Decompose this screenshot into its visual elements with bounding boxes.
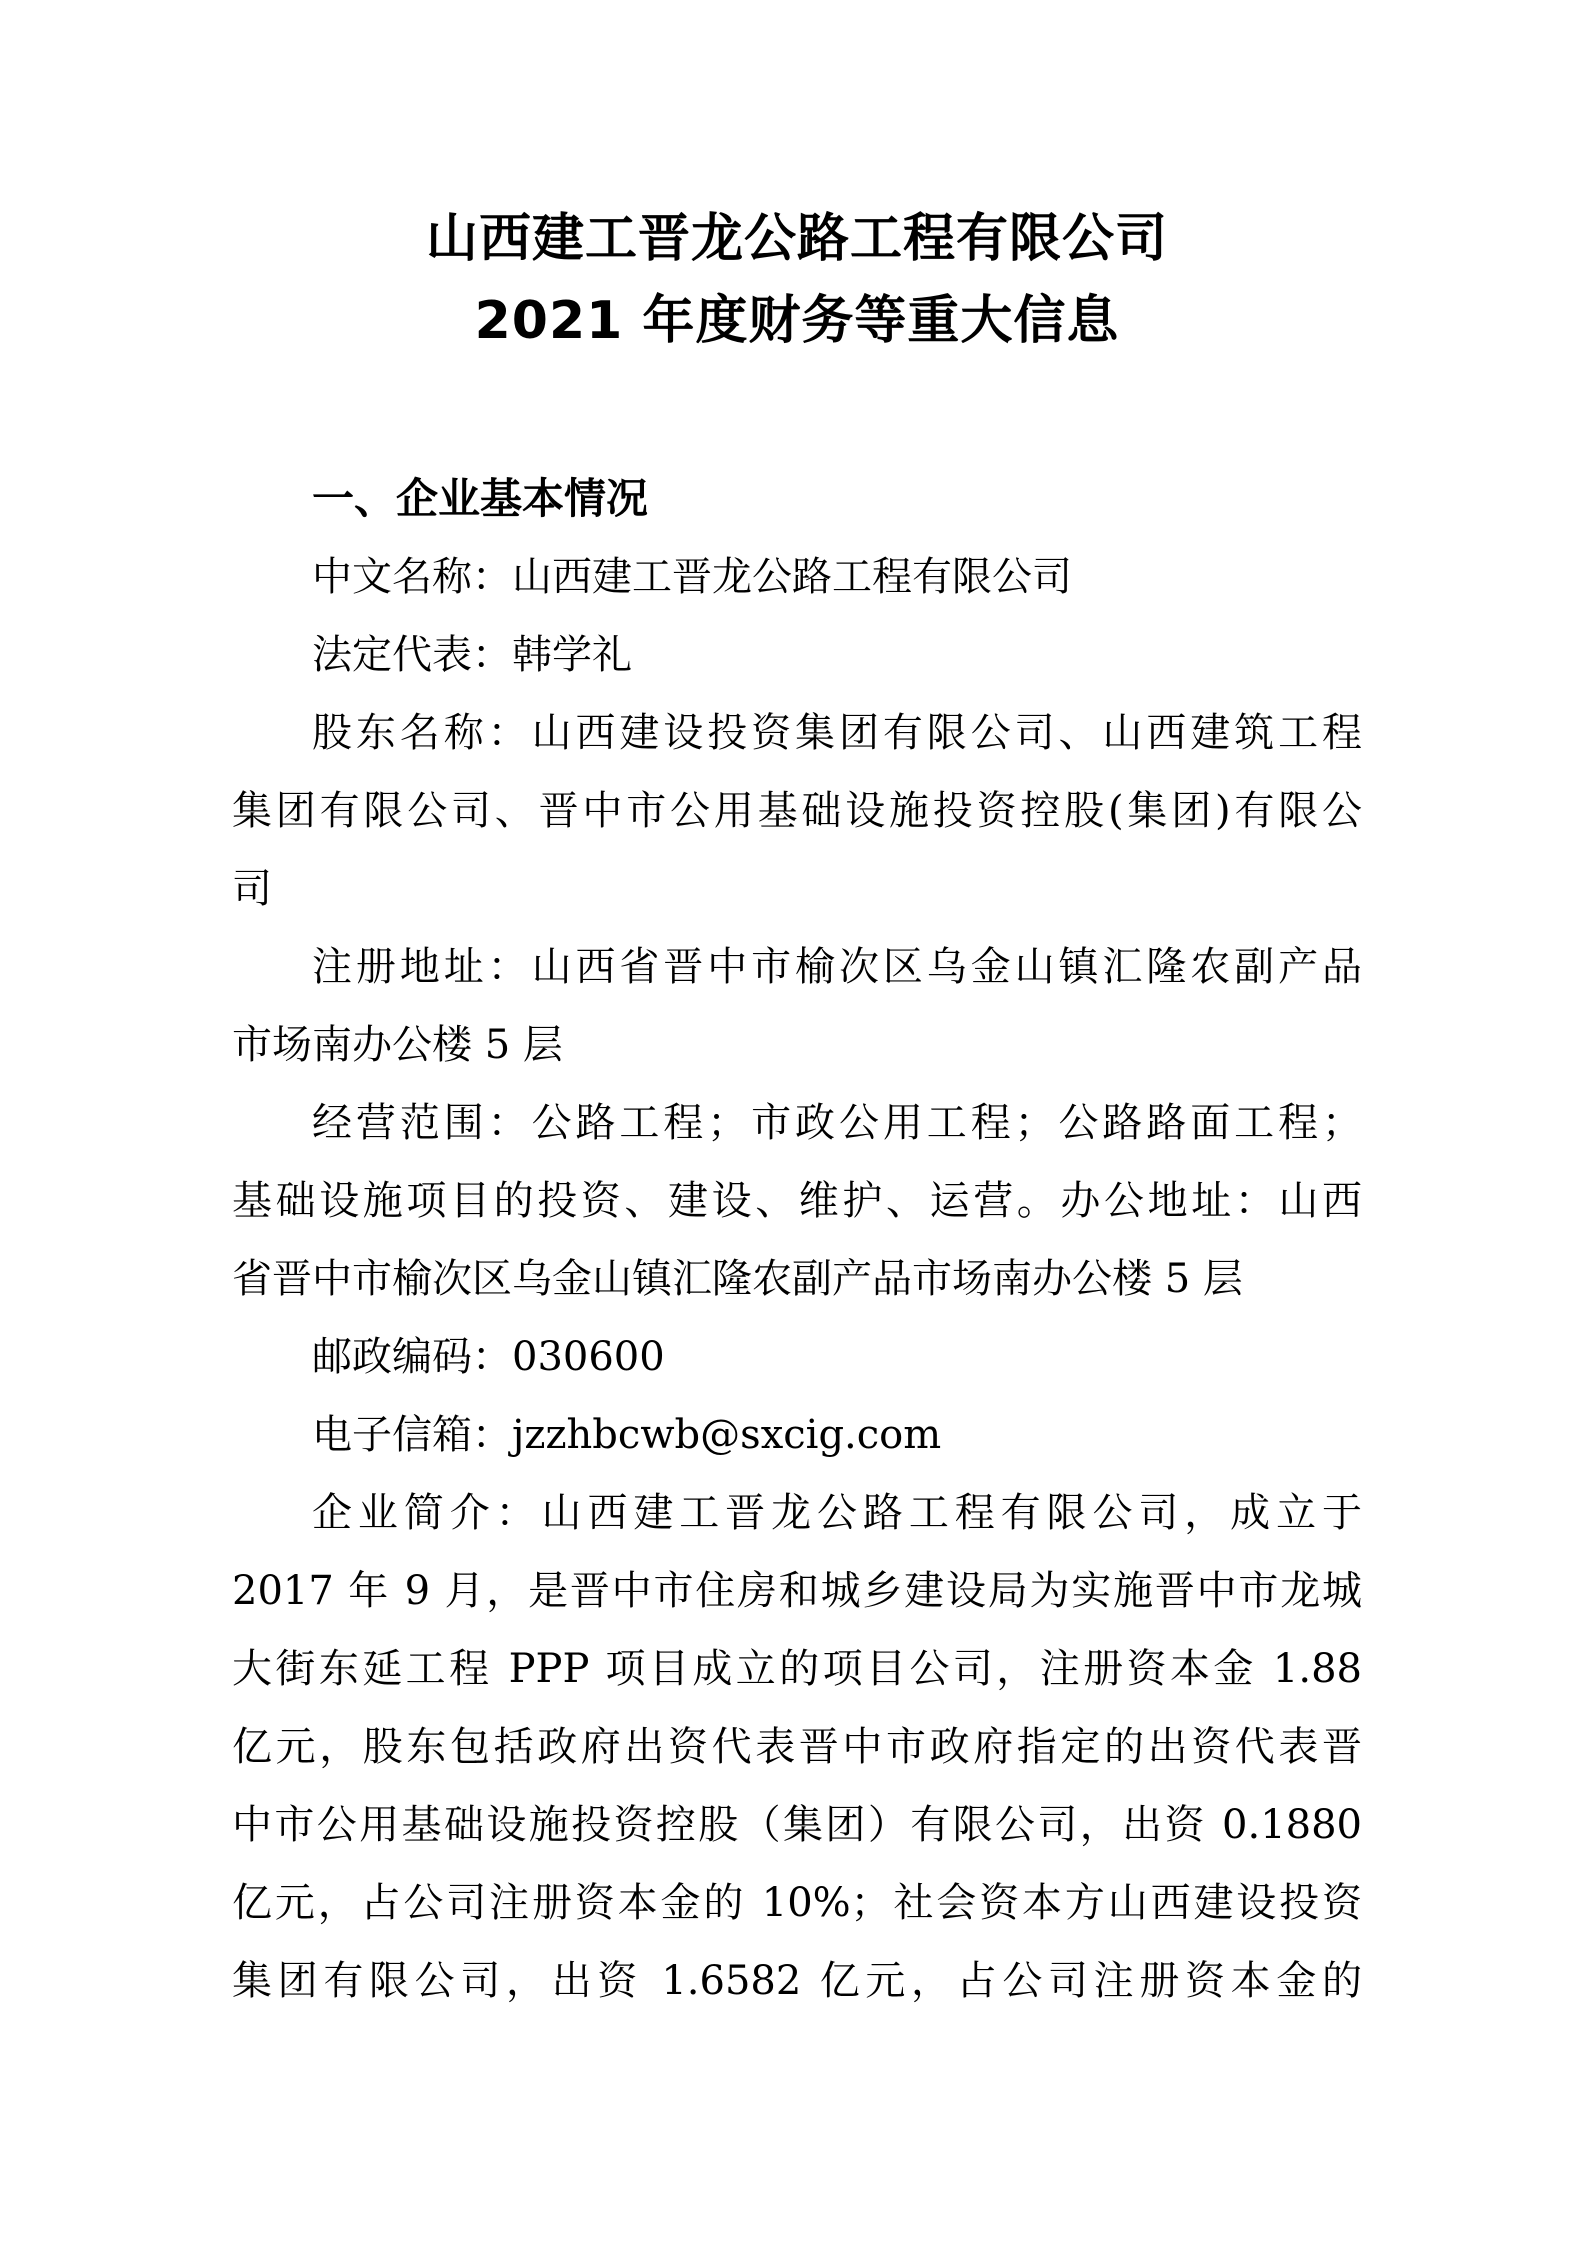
document-body: 中文名称：山西建工晋龙公路工程有限公司法定代表：韩学礼股东名称：山西建设投资集团…: [232, 538, 1362, 2020]
body-line: 司: [232, 850, 1362, 928]
body-line: 基础设施项目的投资、建设、维护、运营。办公地址：山西: [232, 1162, 1362, 1240]
document-title: 山西建工晋龙公路工程有限公司 2021 年度财务等重大信息: [232, 198, 1362, 362]
body-line: 法定代表：韩学礼: [232, 616, 1362, 694]
body-line: 大街东延工程 PPP 项目成立的项目公司，注册资本金 1.88: [232, 1630, 1362, 1708]
body-line: 集团有限公司，出资 1.6582 亿元，占公司注册资本金的: [232, 1942, 1362, 2020]
section-heading: 一、企业基本情况: [232, 460, 1362, 538]
body-line: 市场南办公楼 5 层: [232, 1006, 1362, 1084]
body-line: 电子信箱：jzzhbcwb@sxcig.com: [232, 1396, 1362, 1474]
document-title-line2: 2021 年度财务等重大信息: [232, 280, 1362, 362]
body-line: 企业简介：山西建工晋龙公路工程有限公司，成立于: [232, 1474, 1362, 1552]
body-line: 中市公用基础设施投资控股（集团）有限公司，出资 0.1880: [232, 1786, 1362, 1864]
body-line: 注册地址：山西省晋中市榆次区乌金山镇汇隆农副产品: [232, 928, 1362, 1006]
document-title-line1: 山西建工晋龙公路工程有限公司: [232, 198, 1362, 280]
document-page: 山西建工晋龙公路工程有限公司 2021 年度财务等重大信息 一、企业基本情况 中…: [0, 0, 1587, 2245]
body-line: 集团有限公司、晋中市公用基础设施投资控股(集团)有限公: [232, 772, 1362, 850]
body-line: 中文名称：山西建工晋龙公路工程有限公司: [232, 538, 1362, 616]
body-line: 亿元，股东包括政府出资代表晋中市政府指定的出资代表晋: [232, 1708, 1362, 1786]
body-line: 省晋中市榆次区乌金山镇汇隆农副产品市场南办公楼 5 层: [232, 1240, 1362, 1318]
body-line: 经营范围：公路工程；市政公用工程；公路路面工程；: [232, 1084, 1362, 1162]
body-line: 股东名称：山西建设投资集团有限公司、山西建筑工程: [232, 694, 1362, 772]
body-line: 2017 年 9 月，是晋中市住房和城乡建设局为实施晋中市龙城: [232, 1552, 1362, 1630]
body-line: 邮政编码：030600: [232, 1318, 1362, 1396]
document-content: 山西建工晋龙公路工程有限公司 2021 年度财务等重大信息 一、企业基本情况 中…: [232, 0, 1362, 2020]
body-line: 亿元，占公司注册资本金的 10%；社会资本方山西建设投资: [232, 1864, 1362, 1942]
